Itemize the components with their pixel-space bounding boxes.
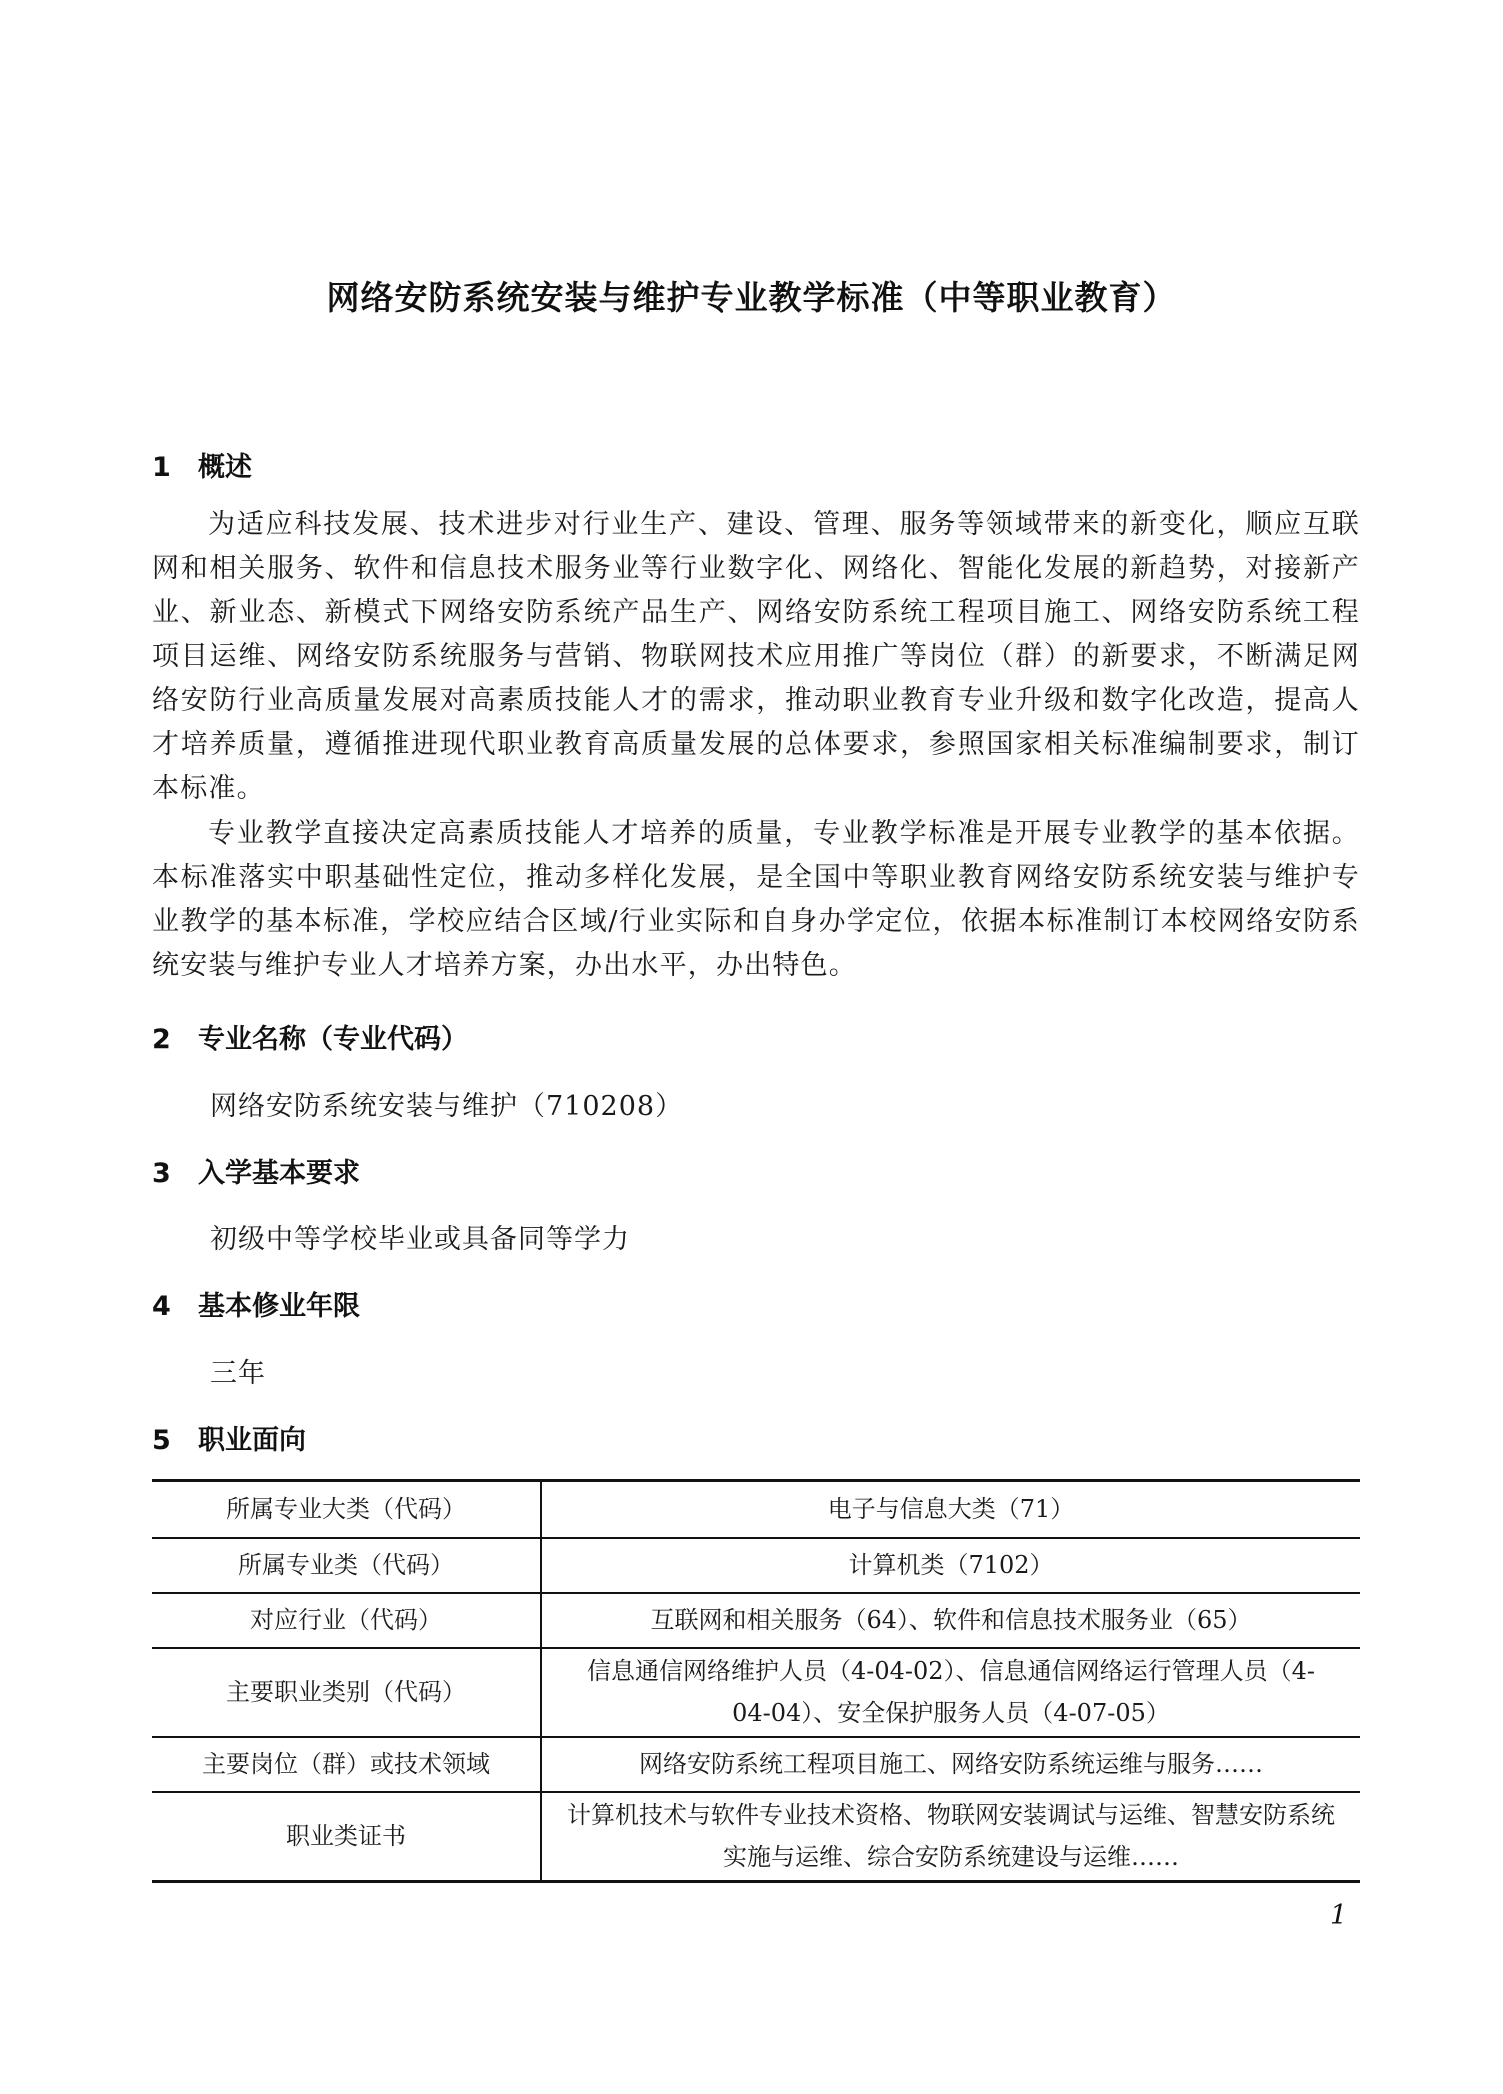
section-title: 基本修业年限: [198, 1291, 360, 1322]
section-number: 5: [152, 1425, 198, 1456]
section-heading-duration: 4基本修业年限: [152, 1284, 360, 1323]
table-row: 主要岗位（群）或技术领域 网络安防系统工程项目施工、网络安防系统运维与服务……: [152, 1737, 1360, 1792]
table-row: 主要职业类别（代码） 信息通信网络维护人员（4-04-02）、信息通信网络运行管…: [152, 1648, 1360, 1737]
admission-value: 初级中等学校毕业或具备同等学力: [210, 1217, 630, 1256]
major-name-value: 网络安防系统安装与维护（710208）: [210, 1084, 683, 1123]
section-heading-admission: 3入学基本要求: [152, 1151, 360, 1190]
row-value: 信息通信网络维护人员（4-04-02）、信息通信网络运行管理人员（4-04-04…: [541, 1648, 1360, 1737]
row-value: 电子与信息大类（71）: [541, 1481, 1360, 1538]
page-number: 1: [1330, 1900, 1347, 1931]
career-orientation-table: 所属专业大类（代码） 电子与信息大类（71） 所属专业类（代码） 计算机类（71…: [152, 1479, 1360, 1883]
duration-value: 三年: [210, 1351, 266, 1390]
row-value: 网络安防系统工程项目施工、网络安防系统运维与服务……: [541, 1737, 1360, 1792]
overview-paragraph-1: 为适应科技发展、技术进步对行业生产、建设、管理、服务等领域带来的新变化，顺应互联…: [152, 503, 1360, 811]
row-label: 所属专业类（代码）: [152, 1538, 541, 1593]
section-number: 3: [152, 1158, 198, 1189]
section-number: 1: [152, 452, 198, 483]
section-heading-overview: 1概述: [152, 445, 252, 484]
row-label: 主要岗位（群）或技术领域: [152, 1737, 541, 1792]
table-row: 对应行业（代码） 互联网和相关服务（64）、软件和信息技术服务业（65）: [152, 1593, 1360, 1648]
section-title: 职业面向: [198, 1425, 306, 1456]
section-title: 专业名称（专业代码）: [198, 1024, 468, 1055]
section-heading-major-name: 2专业名称（专业代码）: [152, 1017, 468, 1056]
row-label: 职业类证书: [152, 1792, 541, 1882]
table-row: 职业类证书 计算机技术与软件专业技术资格、物联网安装调试与运维、智慧安防系统实施…: [152, 1792, 1360, 1882]
section-number: 4: [152, 1291, 198, 1322]
section-heading-career: 5职业面向: [152, 1418, 306, 1457]
row-label: 所属专业大类（代码）: [152, 1481, 541, 1538]
section-number: 2: [152, 1024, 198, 1055]
overview-paragraph-2: 专业教学直接决定高素质技能人才培养的质量，专业教学标准是开展专业教学的基本依据。…: [152, 812, 1360, 988]
section-title: 入学基本要求: [198, 1158, 360, 1189]
section-title: 概述: [198, 452, 252, 483]
row-label: 主要职业类别（代码）: [152, 1648, 541, 1737]
table-row: 所属专业类（代码） 计算机类（7102）: [152, 1538, 1360, 1593]
document-title: 网络安防系统安装与维护专业教学标准（中等职业教育）: [0, 272, 1503, 319]
table-row: 所属专业大类（代码） 电子与信息大类（71）: [152, 1481, 1360, 1538]
row-value: 互联网和相关服务（64）、软件和信息技术服务业（65）: [541, 1593, 1360, 1648]
row-value: 计算机类（7102）: [541, 1538, 1360, 1593]
row-value: 计算机技术与软件专业技术资格、物联网安装调试与运维、智慧安防系统实施与运维、综合…: [541, 1792, 1360, 1882]
row-label: 对应行业（代码）: [152, 1593, 541, 1648]
